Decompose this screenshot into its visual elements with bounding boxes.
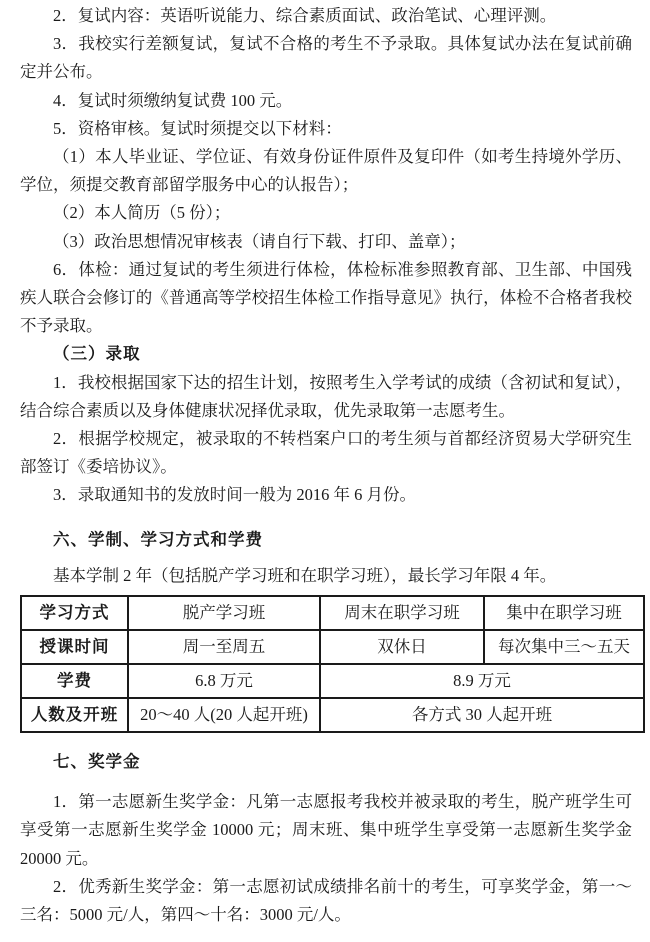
row-header-tuition: 学费	[21, 664, 128, 698]
para-schedule-intro: 基本学制 2 年（包括脱产学习班和在职学习班），最长学习年限 4 年。	[20, 562, 632, 590]
para-admission-2: 2．根据学校规定，被录取的不转档案户口的考生须与首都经济贸易大学研究生部签订《委…	[20, 425, 632, 481]
cell-class-time-weekend: 双休日	[320, 630, 484, 664]
row-header-class-size: 人数及开班	[21, 698, 128, 732]
para-retest-fee: 4．复试时须缴纳复试费 100 元。	[20, 87, 632, 115]
para-material-2: （2）本人简历（5 份）；	[20, 199, 632, 227]
row-header-study-mode: 学习方式	[21, 596, 128, 630]
para-material-1: （1）本人毕业证、学位证、有效身份证件原件及复印件（如考生持境外学历、学位，须提…	[20, 143, 632, 199]
cell-tuition-inservice: 8.9 万元	[320, 664, 644, 698]
para-material-3: （3）政治思想情况审核表（请自行下载、打印、盖章）；	[20, 228, 632, 256]
table-row-tuition: 学费 6.8 万元 8.9 万元	[21, 664, 644, 698]
tuition-schedule-table: 学习方式 脱产学习班 周末在职学习班 集中在职学习班 授课时间 周一至周五 双休…	[20, 595, 645, 733]
table-row-class-time: 授课时间 周一至周五 双休日 每次集中三～五天	[21, 630, 644, 664]
para-retest-policy: 3．我校实行差额复试，复试不合格的考生不予录取。具体复试办法在复试前确定并公布。	[20, 30, 632, 86]
cell-study-mode-intensive: 集中在职学习班	[484, 596, 644, 630]
cell-class-size-fulltime: 20～40 人(20 人起开班)	[128, 698, 320, 732]
para-retest-content: 2．复试内容：英语听说能力、综合素质面试、政治笔试、心理评测。	[20, 2, 632, 30]
heading-schedule-tuition: 六、学制、学习方式和学费	[20, 526, 632, 554]
cell-class-time-intensive: 每次集中三～五天	[484, 630, 644, 664]
heading-scholarship: 七、奖学金	[20, 748, 632, 776]
cell-study-mode-fulltime: 脱产学习班	[128, 596, 320, 630]
cell-class-time-fulltime: 周一至周五	[128, 630, 320, 664]
cell-tuition-fulltime: 6.8 万元	[128, 664, 320, 698]
row-header-class-time: 授课时间	[21, 630, 128, 664]
para-physical-exam: 6．体检：通过复试的考生须进行体检，体检标准参照教育部、卫生部、中国残疾人联合会…	[20, 256, 632, 341]
cell-study-mode-weekend: 周末在职学习班	[320, 596, 484, 630]
para-scholarship-1: 1．第一志愿新生奖学金：凡第一志愿报考我校并被录取的考生，脱产班学生可享受第一志…	[20, 788, 632, 873]
para-scholarship-2: 2．优秀新生奖学金：第一志愿初试成绩排名前十的考生，可享奖学金，第一～三名：50…	[20, 873, 632, 929]
para-admission-1: 1．我校根据国家下达的招生计划，按照考生入学考试的成绩（含初试和复试），结合综合…	[20, 369, 632, 425]
table-row-study-mode: 学习方式 脱产学习班 周末在职学习班 集中在职学习班	[21, 596, 644, 630]
cell-class-size-inservice: 各方式 30 人起开班	[320, 698, 644, 732]
document-page: 2．复试内容：英语听说能力、综合素质面试、政治笔试、心理评测。 3．我校实行差额…	[0, 0, 650, 942]
para-admission-3: 3．录取通知书的发放时间一般为 2016 年 6 月份。	[20, 481, 632, 509]
heading-admission: （三）录取	[20, 340, 632, 368]
para-qualification-review: 5．资格审核。复试时须提交以下材料：	[20, 115, 632, 143]
table-row-class-size: 人数及开班 20～40 人(20 人起开班) 各方式 30 人起开班	[21, 698, 644, 732]
